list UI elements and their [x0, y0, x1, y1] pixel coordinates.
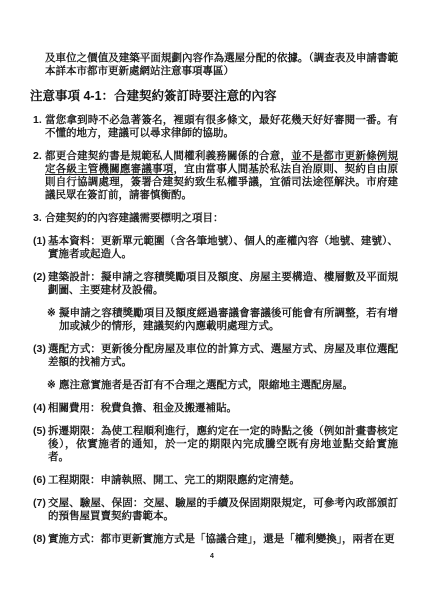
page-content: 及車位之價值及建築平面規劃內容作為選屋分配的依據。（調查表及申請書範本詳本市都市… — [30, 52, 398, 556]
sub-list-item-text: 工程期限：申請執照、開工、完工的期限應約定清楚。 — [48, 474, 398, 487]
list-item: 1. 當您拿到時不必急著簽名，裡頭有很多條文，最好花幾天好好審閱一番。有不懂的地… — [30, 114, 398, 140]
list-marker: 2. — [33, 150, 45, 202]
list-item: 3. 合建契約的內容建議需要標明之項目： — [30, 212, 398, 225]
sub-list-marker: (8) — [33, 533, 48, 546]
note-marker: ※ — [47, 379, 59, 392]
note-item: ※ 擬申請之容積獎勵項目及額度經過審議會審議後可能會有所調整，若有增加或減少的情… — [30, 307, 398, 333]
section-heading: 注意事項 4-1：合建契約簽訂時要注意的內容 — [30, 88, 398, 104]
list-item-text: 當您拿到時不必急著簽名，裡頭有很多條文，最好花幾天好好審閱一番。有不懂的地方，建… — [45, 114, 398, 140]
sub-list-item: (1) 基本資料：更新單元範圍（含各筆地號）、個人的產權內容（地號、建號）、實施… — [30, 235, 398, 261]
note-item-text: 擬申請之容積獎勵項目及額度經過審議會審議後可能會有所調整，若有增加或減少的情形，… — [59, 307, 398, 333]
sub-list-marker: (3) — [33, 343, 48, 369]
intro-paragraph: 及車位之價值及建築平面規劃內容作為選屋分配的依據。（調查表及申請書範本詳本市都市… — [45, 52, 398, 78]
sub-list-item: (8) 實施方式：都市更新實施方式是「協議合建」，還是「權利變換」，兩者在更 — [30, 533, 398, 546]
list-marker: 3. — [33, 212, 45, 225]
note-marker: ※ — [47, 307, 59, 333]
sub-list-marker: (1) — [33, 235, 48, 261]
document-page: 及車位之價值及建築平面規劃內容作為選屋分配的依據。（調查表及申請書範本詳本市都市… — [0, 0, 424, 600]
sub-list-marker: (4) — [33, 402, 48, 415]
list-item-text: 合建契約的內容建議需要標明之項目： — [45, 212, 398, 225]
sub-list-item-text: 相關費用：稅費負擔、租金及搬遷補貼。 — [48, 402, 398, 415]
list-item: 2. 都更合建契約書是規範私人間權利義務關係的合意，並不是都市更新條例規定各級主… — [30, 150, 398, 202]
sub-list-item-text: 基本資料：更新單元範圍（含各筆地號）、個人的產權內容（地號、建號）、實施者或起造… — [48, 235, 398, 261]
page-number: 4 — [0, 552, 424, 561]
sub-list-item-text: 選配方式：更新後分配房屋及車位的計算方式、選屋方式、房屋及車位選配差額的找補方式… — [48, 343, 398, 369]
list-item-text: 都更合建契約書是規範私人間權利義務關係的合意，並不是都市更新條例規定各級主管機關… — [45, 150, 398, 202]
sub-list-marker: (7) — [33, 497, 48, 523]
sub-list-item-text: 拆遷期限：為使工程順利進行，應約定在一定的時點之後（例如計畫書核定後），依實施者… — [48, 425, 398, 464]
sub-list-marker: (2) — [33, 271, 48, 297]
note-item-text: 應注意實施者是否訂有不合理之選配方式，限縮地主選配房屋。 — [59, 379, 398, 392]
sub-list-item-text: 實施方式：都市更新實施方式是「協議合建」，還是「權利變換」，兩者在更 — [48, 533, 398, 546]
list-marker: 1. — [33, 114, 45, 140]
sub-list-marker: (6) — [33, 474, 48, 487]
sub-list-item: (7) 交屋、驗屋、保固：交屋、驗屋的手續及保固期限規定，可參考內政部頒訂的預售… — [30, 497, 398, 523]
sub-list-item: (3) 選配方式：更新後分配房屋及車位的計算方式、選屋方式、房屋及車位選配差額的… — [30, 343, 398, 369]
sub-list-item: (4) 相關費用：稅費負擔、租金及搬遷補貼。 — [30, 402, 398, 415]
list-item-text-pre: 都更合建契約書是規範私人間權利義務關係的合意， — [45, 150, 291, 162]
note-item: ※ 應注意實施者是否訂有不合理之選配方式，限縮地主選配房屋。 — [30, 379, 398, 392]
sub-list-item: (6) 工程期限：申請執照、開工、完工的期限應約定清楚。 — [30, 474, 398, 487]
sub-list-item: (5) 拆遷期限：為使工程順利進行，應約定在一定的時點之後（例如計畫書核定後），… — [30, 425, 398, 464]
sub-list-marker: (5) — [33, 425, 48, 464]
sub-list-item-text: 建築設計：擬申請之容積獎勵項目及額度、房屋主要構造、樓層數及平面規劃圖、主要建材… — [48, 271, 398, 297]
sub-list-item-text: 交屋、驗屋、保固：交屋、驗屋的手續及保固期限規定，可參考內政部頒訂的預售屋買賣契… — [48, 497, 398, 523]
sub-list-item: (2) 建築設計：擬申請之容積獎勵項目及額度、房屋主要構造、樓層數及平面規劃圖、… — [30, 271, 398, 297]
